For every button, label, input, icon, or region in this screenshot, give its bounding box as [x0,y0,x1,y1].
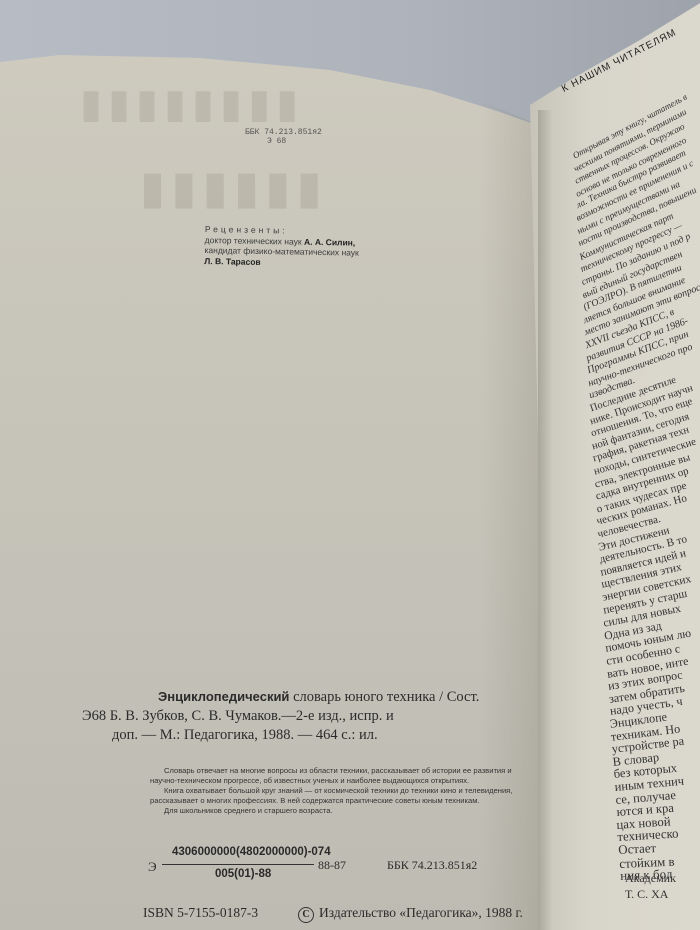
reviewers-block: Рецензенты: доктор технических наук А. А… [204,224,359,269]
catalog-authors-line: Э68 Б. В. Зубков, С. В. Чумаков.—2-е изд… [82,707,479,726]
bbk-code-bottom: ББК 74.213.851я2 [387,858,477,873]
catalog-entry: Энциклопедический словарь юного техника … [112,687,479,745]
annotation-audience: Для школьников среднего и старшего возра… [150,806,530,816]
annotation-paragraph: Словарь отвечает на многие вопросы из об… [150,766,530,786]
signature-name: Т. С. ХА [625,886,676,902]
catalog-authors: Б. В. Зубков, С. В. Чумаков.—2-е изд., и… [110,708,394,724]
classification-letter: Э [148,859,157,875]
catalog-publication: доп. — М.: Педагогика, 1988. — 464 с.: и… [112,726,479,745]
reviewer-1-name: А. А. Силин, [304,236,355,247]
signature: Академик Т. С. ХА [625,870,676,902]
catalog-title-line: Энциклопедический словарь юного техника … [112,687,479,707]
annotation: Словарь отвечает на многие вопросы из об… [150,766,530,816]
copyright-icon: C [298,907,314,923]
bbk-code: ББК 74.213.851я2 [245,128,322,137]
catalog-title-rest: словарь юного техника / Сост. [293,689,479,705]
book-gutter [538,110,552,930]
catalog-title-bold: Энциклопедический [158,689,289,704]
isbn: ISBN 5-7155-0187-3 [143,905,258,921]
signature-title: Академик [625,870,676,886]
copyright-text: Издательство «Педагогика», 1988 г. [319,905,523,920]
bbk-header-code: ББК 74.213.851я2 Э 68 [245,128,322,146]
show-through-text: ▮▮▮▮▮▮▮▮ [80,80,304,127]
author-mark: Э 68 [245,137,322,146]
classification-denominator: 005(01)-88 [215,868,271,880]
classification-numerator: 4306000000(4802000000)-074 [172,846,331,858]
catalog-index: Э68 [82,708,106,724]
copyright: CИздательство «Педагогика», 1988 г. [298,905,523,923]
reviewer-2-name: Л. В. Тарасов [204,255,260,266]
fraction-line [162,864,314,865]
show-through-text: ▮▮▮▮▮▮ [140,160,328,214]
annotation-paragraph: Книга охватывает большой круг знаний — о… [150,786,530,806]
classification-suffix: 88-87 [318,858,346,873]
